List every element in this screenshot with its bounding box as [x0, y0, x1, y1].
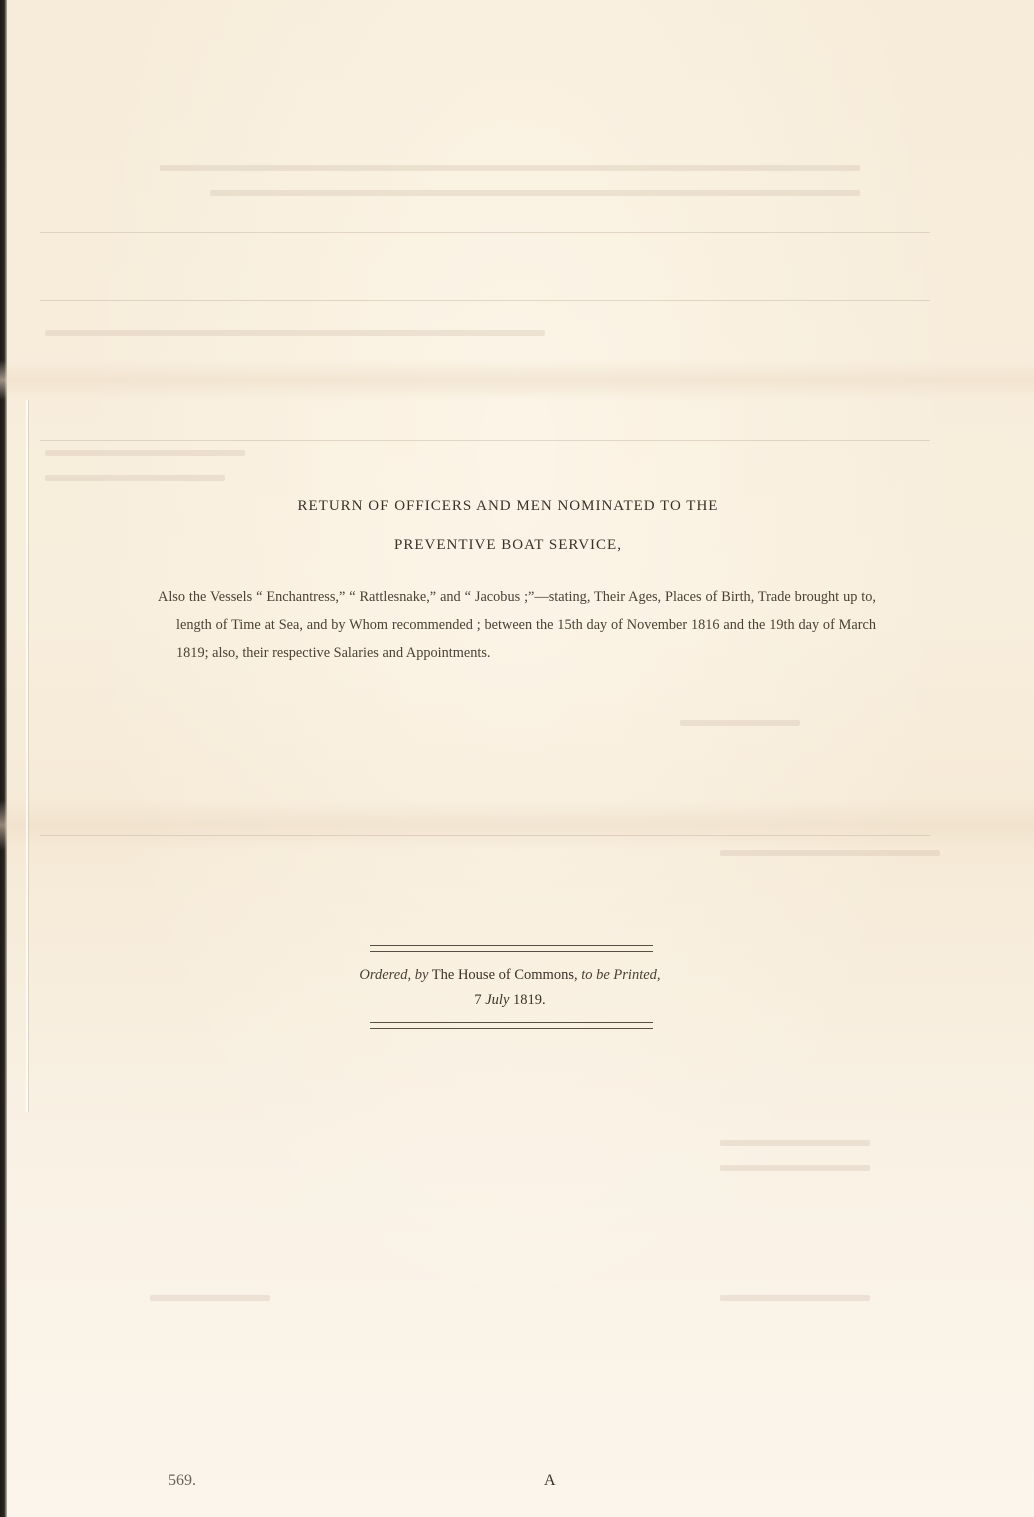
bleed-through-rule: [40, 300, 930, 301]
signature-mark: A: [544, 1472, 556, 1490]
order-date-month: July: [485, 992, 509, 1008]
paper-fold-upper: [0, 360, 1034, 400]
bleed-through-text: [210, 190, 860, 196]
document-title-line-2: PREVENTIVE BOAT SERVICE,: [248, 537, 768, 554]
paper-fold-lower: [0, 800, 1034, 850]
bleed-through-rule: [40, 440, 930, 441]
order-date-year: 1819.: [513, 992, 546, 1008]
bleed-through-text: [720, 850, 940, 856]
document-page: RETURN OF OFFICERS AND MEN NOMINATED TO …: [0, 0, 1034, 1517]
double-rule-bottom: [370, 1022, 653, 1029]
bleed-through-text: [45, 450, 245, 456]
bleed-through-text: [720, 1165, 870, 1171]
bleed-through-text: [720, 1295, 870, 1301]
order-statement: Ordered, by The House of Commons, to be …: [300, 967, 720, 984]
page-number: 569.: [168, 1472, 196, 1490]
document-title-line-1: RETURN OF OFFICERS AND MEN NOMINATED TO …: [248, 498, 768, 515]
bleed-through-text: [45, 330, 545, 336]
scan-left-edge: [0, 0, 7, 1517]
bleed-through-rule: [40, 232, 930, 233]
bleed-through-text: [160, 165, 860, 171]
double-rule-top: [370, 945, 653, 952]
order-suffix: to be Printed,: [581, 967, 660, 983]
binding-crease: [26, 400, 28, 1112]
order-body: The House of Commons,: [432, 967, 578, 983]
bleed-through-text: [45, 475, 225, 481]
bleed-through-rule: [40, 835, 930, 836]
bleed-through-text: [720, 1140, 870, 1146]
document-description: Also the Vessels “ Enchantress,” “ Rattl…: [158, 583, 876, 667]
order-prefix: Ordered, by: [359, 967, 428, 983]
order-date-day: 7: [474, 992, 481, 1008]
order-date: 7 July 1819.: [300, 992, 720, 1009]
bleed-through-text: [150, 1295, 270, 1301]
bleed-through-text: [680, 720, 800, 726]
